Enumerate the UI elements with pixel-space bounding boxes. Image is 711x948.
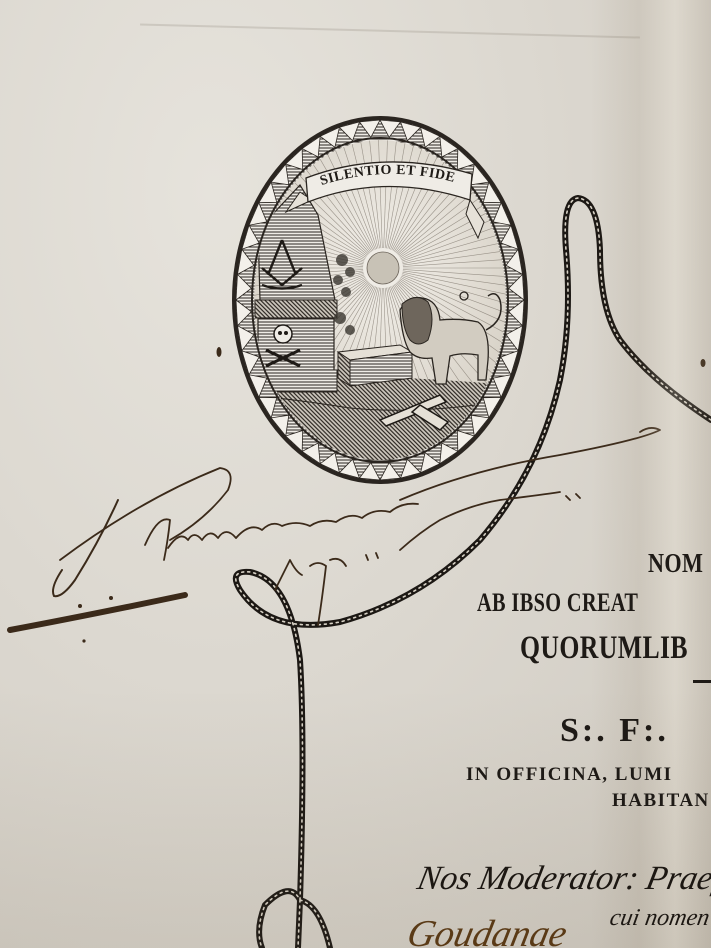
printed-line-5: IN OFFICINA, LUMI bbox=[466, 764, 673, 786]
printed-line-1: NOM bbox=[648, 548, 703, 579]
script-line-3: cui nomen bbox=[608, 905, 711, 932]
sun-icon bbox=[367, 252, 399, 284]
script-line-2-handwritten: Goudanae bbox=[403, 912, 571, 948]
printed-line-3: QUORUMLIB bbox=[520, 630, 688, 667]
printed-line-2: AB IBSO CREAT bbox=[477, 588, 638, 618]
script-line-1: Nos Moderator: Praefecti bbox=[414, 860, 711, 898]
document-page: SILENTIO ET FIDE NOM AB IBSO CREAT QUORU… bbox=[0, 0, 711, 948]
printed-divider bbox=[693, 680, 711, 683]
printed-line-6: HABITAN bbox=[612, 790, 710, 812]
printed-line-4: S:. F:. bbox=[560, 712, 669, 750]
